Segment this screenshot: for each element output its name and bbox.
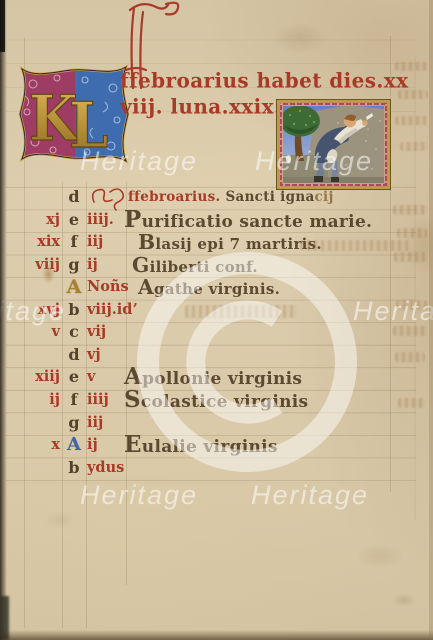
dominical-letter: e: [63, 366, 85, 388]
calendar-row: giij: [0, 412, 433, 435]
roman-date: v: [87, 366, 95, 388]
feast-entry: Apollonie virginis: [124, 366, 302, 390]
roman-date: vij: [87, 321, 106, 343]
heritage-watermark: Heritage: [80, 480, 198, 511]
dominical-letter: b: [63, 457, 85, 479]
bleedthrough-mark: [398, 398, 426, 408]
golden-number: ij: [16, 389, 60, 411]
heritage-watermark: Heritage: [80, 146, 198, 177]
dominical-letter: g: [63, 254, 85, 276]
heritage-watermark: Heritage: [353, 296, 433, 327]
calendar-row: dffebroarius. Sancti ignacij: [0, 186, 433, 209]
feast-entry: Blasij epi 7 martiris.: [138, 231, 322, 255]
bleedthrough-mark: [393, 205, 427, 215]
feast-entry: Purificatio sancte marie.: [124, 209, 372, 233]
roman-date: Noñs: [87, 276, 129, 298]
feast-rubric: ffebroarius.: [128, 189, 225, 205]
dominical-letter: f: [63, 231, 85, 253]
golden-number: x: [16, 434, 60, 456]
book-gutter-edge: [0, 0, 7, 640]
bleedthrough-mark: [397, 228, 427, 238]
heritage-watermark: Heritage: [255, 146, 373, 177]
calendar-row: ijfiiijScolastice virginis: [0, 389, 433, 412]
dominical-letter: f: [63, 389, 85, 411]
golden-number: xiij: [16, 366, 60, 388]
calendar-row: dvj: [0, 344, 433, 367]
bleedthrough-mark: [185, 305, 297, 318]
bleedthrough-mark: [400, 142, 428, 151]
heritage-watermark: Heritage: [251, 480, 369, 511]
roman-date: iiij: [87, 389, 109, 411]
calendar-row: xjeiiij.Purificatio sancte marie.: [0, 209, 433, 232]
feast-faded-text: cij: [315, 189, 334, 205]
roman-date: ij: [87, 434, 98, 456]
roman-date: ydus: [87, 457, 124, 479]
bleedthrough-mark: [393, 326, 427, 336]
roman-date: iiij.: [87, 209, 114, 231]
header-line-1: ffebroarius habet dies.xx: [120, 68, 408, 93]
feast-entry: ffebroarius. Sancti ignacij: [128, 186, 334, 208]
bleedthrough-mark: [300, 240, 410, 251]
dominical-letter: A: [63, 276, 85, 298]
calendar-row: bydus: [0, 457, 433, 480]
dominical-letter: d: [63, 186, 85, 208]
page-right-edge: [429, 0, 433, 640]
bleedthrough-mark: [398, 90, 428, 99]
heritage-watermark: Heritage: [0, 296, 66, 327]
dominical-letter: g: [63, 412, 85, 434]
feast-entry: Eulalie virginis: [124, 434, 278, 458]
paint-smudge: [42, 264, 55, 284]
bleedthrough-mark: [394, 252, 427, 262]
roman-date: iij: [87, 231, 103, 253]
calendar-row: xiijevApollonie virginis: [0, 366, 433, 389]
header-line-2: viij. luna.xxix.: [120, 94, 281, 119]
manuscript-page: K L ffebroarius habet dies.xx viij. luna…: [0, 0, 433, 640]
dominical-letter: A: [63, 434, 85, 456]
bleedthrough-mark: [395, 352, 425, 362]
dominical-letter: d: [63, 344, 85, 366]
roman-date: viij.idʼ: [87, 299, 137, 321]
roman-date: ij: [87, 254, 98, 276]
calendar-row: viijgijGiliberti conf.: [0, 254, 433, 277]
gutter-edge-top: [0, 0, 5, 52]
bleedthrough-mark: [395, 62, 427, 71]
dominical-letter: e: [63, 209, 85, 231]
feast-entry: Giliberti conf.: [132, 254, 258, 278]
roman-date: iij: [87, 412, 103, 434]
feast-entry: Scolastice virginis: [124, 389, 308, 413]
roman-date: vj: [87, 344, 101, 366]
bleedthrough-mark: [395, 116, 428, 125]
dominical-letter: b: [63, 299, 85, 321]
page-bottom-edge: [0, 630, 433, 640]
dominical-letter: c: [63, 321, 85, 343]
feast-entry: Agathe virginis.: [138, 276, 280, 300]
calendar-row: xAijEulalie virginis: [0, 434, 433, 457]
golden-number: xix: [16, 231, 60, 253]
golden-number: xj: [16, 209, 60, 231]
